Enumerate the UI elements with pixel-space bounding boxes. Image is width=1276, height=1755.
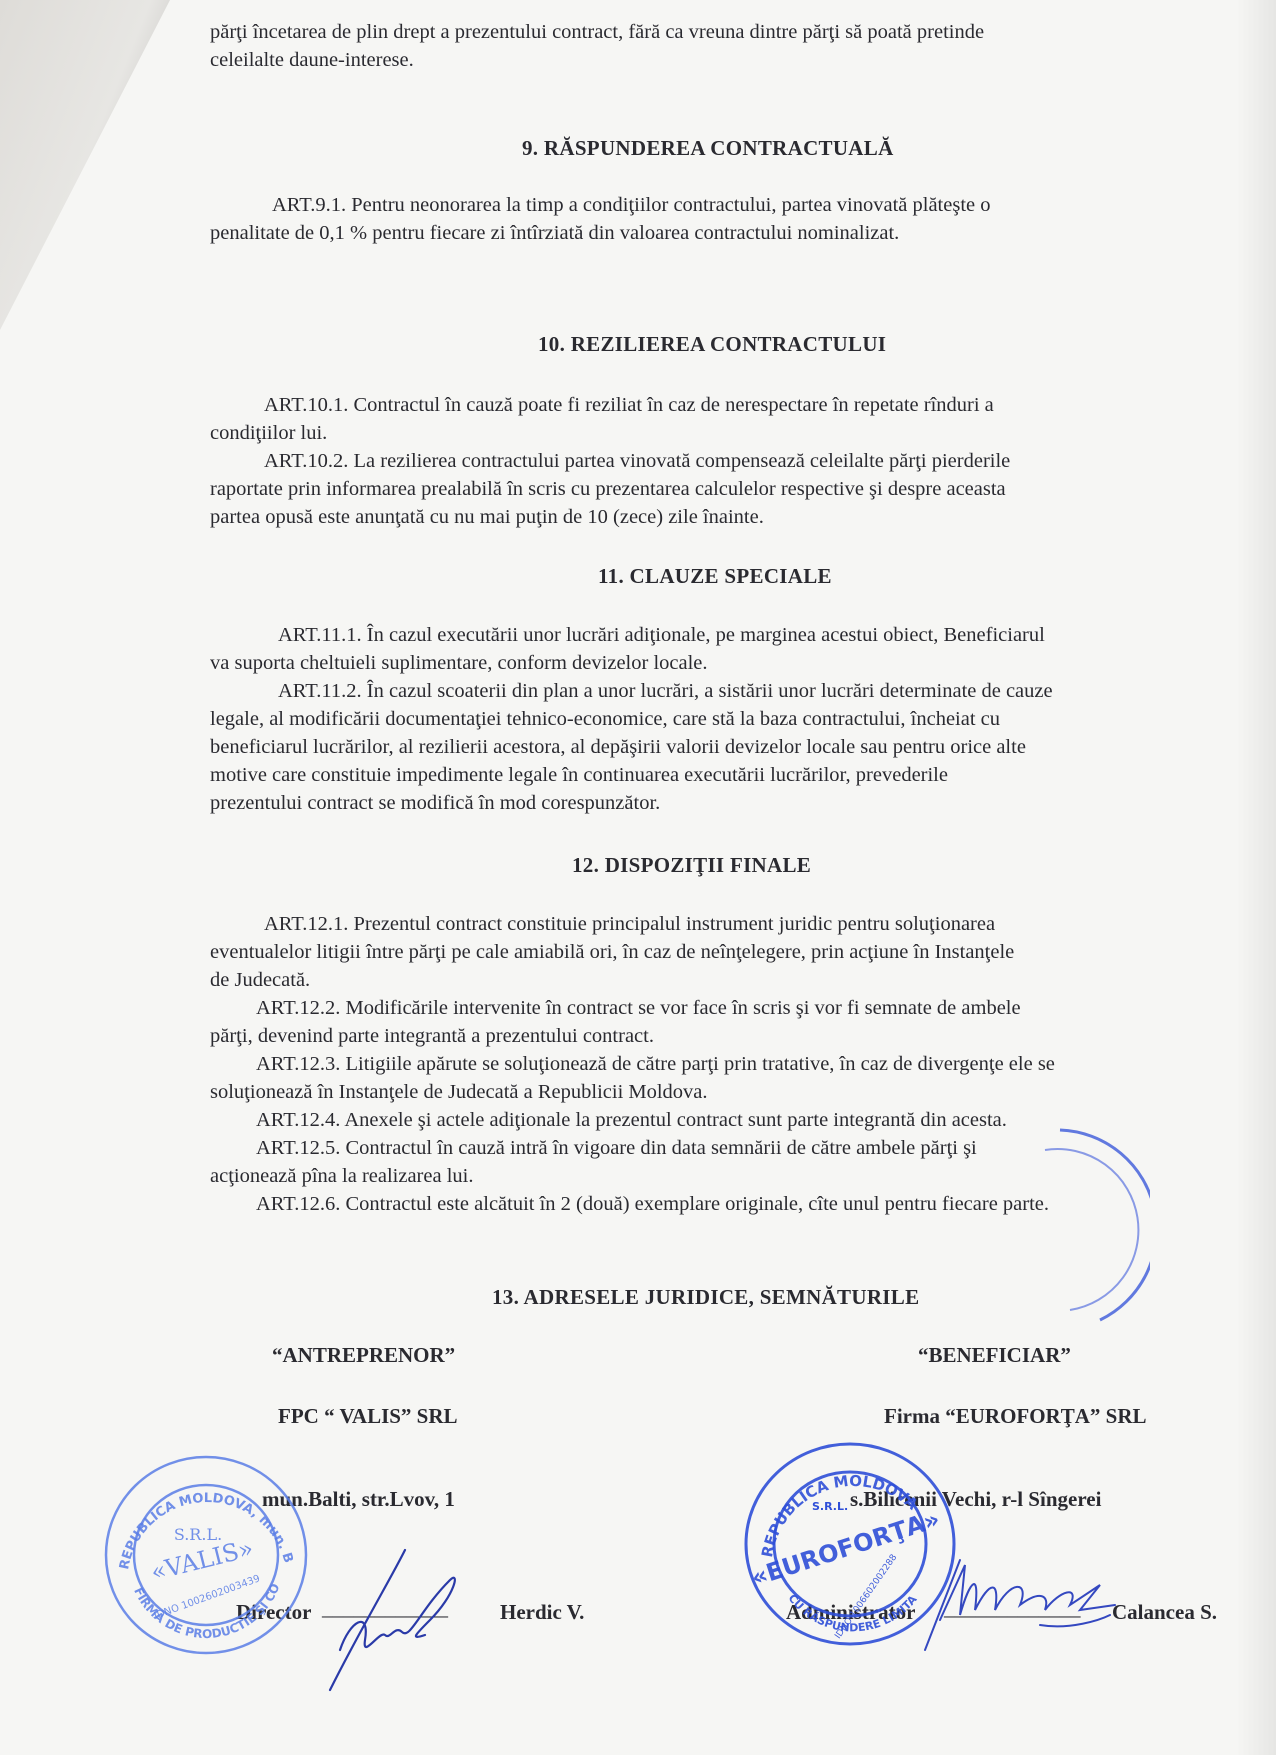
art-9-1-cont: penalitate de 0,1 % pentru fiecare zi în… [210,219,899,247]
right-signature-line: _____________ [944,1596,1081,1621]
section-11-title: 11. CLAUZE SPECIALE [598,564,832,589]
left-signer-name: Herdic V. [500,1600,584,1625]
party-left-address: mun.Balti, str.Lvov, 1 [262,1487,455,1512]
art-12-5: ART.12.5. Contractul în cauză intră în v… [256,1134,977,1162]
art-11-2-cont: legale, al modificării documentaţiei teh… [210,705,1000,733]
euroforta-stamp-name: «EUROFORŢA» [748,1505,943,1592]
party-left-company: FPC “ VALIS” SRL [278,1404,458,1429]
party-left-role: “ANTREPRENOR” [272,1343,455,1368]
art-11-2-cont: motive care constituie impedimente legal… [210,761,948,789]
art-10-2-cont: partea opusă este anunţată cu nu mai puţ… [210,503,764,531]
art-12-1-cont: eventualelor litigii între părţi pe cale… [210,938,1014,966]
art-12-4: ART.12.4. Anexele şi actele adiţionale l… [256,1106,1007,1134]
art-9-1: ART.9.1. Pentru neonorarea la timp a con… [272,191,991,219]
art-11-1-cont: va suporta cheltuieli suplimentare, conf… [210,649,708,677]
valis-stamp-srl: S.R.L. [174,1525,222,1544]
art-12-2-cont: părţi, devenind parte integrantă a preze… [210,1022,654,1050]
euroforta-stamp-idno: IDNO 1006602002288 [833,1553,899,1641]
art-10-2-cont: raportate prin informarea prealabilă în … [210,475,1006,503]
valis-stamp-icon: REPUBLICA MOLDOVA, mun. BĂLŢI FIRMA DE P… [98,1450,318,1660]
art-10-1: ART.10.1. Contractul în cauză poate fi r… [264,391,994,419]
euroforta-stamp-outer-text: REPUBLICA MOLDOVA [758,1472,922,1559]
right-signer-name: Calancea S. [1112,1600,1217,1625]
section-13-title: 13. ADRESELE JURIDICE, SEMNĂTURILE [492,1285,919,1310]
left-signer-title: Director [236,1600,311,1625]
art-12-6: ART.12.6. Contractul este alcătuit în 2 … [256,1190,1049,1218]
partial-stamp-icon [1040,1120,1150,1340]
section-10-title: 10. REZILIEREA CONTRACTULUI [538,332,886,357]
art-12-3-cont: soluţionează în Instanţele de Judecată a… [210,1078,708,1106]
art-10-2: ART.10.2. La rezilierea contractului par… [264,447,1010,475]
party-right-address: s.Bilicenii Vechi, r-l Sîngerei [850,1487,1101,1512]
art-12-1: ART.12.1. Prezentul contract constituie … [264,910,995,938]
art-12-2: ART.12.2. Modificările intervenite în co… [256,994,1021,1022]
valis-stamp-name: «VALIS» [148,1534,256,1586]
section-12-title: 12. DISPOZIŢII FINALE [572,853,811,878]
intro-line: părţi încetarea de plin drept a prezentu… [210,18,984,46]
svg-text:REPUBLICA MOLDOVA: REPUBLICA MOLDOVA [758,1472,922,1559]
art-12-1-cont: de Judecată. [210,966,310,994]
art-10-1-cont: condiţiilor lui. [210,419,327,447]
section-9-title: 9. RĂSPUNDEREA CONTRACTUALĂ [522,136,894,161]
right-signer-title: Administrator [786,1600,916,1625]
intro-line: celeilalte daune-interese. [210,46,414,74]
euroforta-stamp-srl: S.R.L. [812,1500,848,1513]
art-11-2: ART.11.2. În cazul scoaterii din plan a … [278,677,1053,705]
left-signature-line: ____________ [322,1596,448,1621]
art-12-5-cont: acţionează pîna la realizarea lui. [210,1162,473,1190]
art-11-1: ART.11.1. În cazul executării unor lucră… [278,621,1045,649]
art-12-3: ART.12.3. Litigiile apărute se soluţione… [256,1050,1055,1078]
contract-page: părţi încetarea de plin drept a prezentu… [0,0,1276,1755]
party-right-role: “BENEFICIAR” [918,1343,1071,1368]
party-right-company: Firma “EUROFORŢA” SRL [884,1404,1147,1429]
art-11-2-cont: beneficiarul lucrărilor, al rezilierii a… [210,733,1026,761]
art-11-2-cont: prezentului contract se modifică în mod … [210,789,660,817]
